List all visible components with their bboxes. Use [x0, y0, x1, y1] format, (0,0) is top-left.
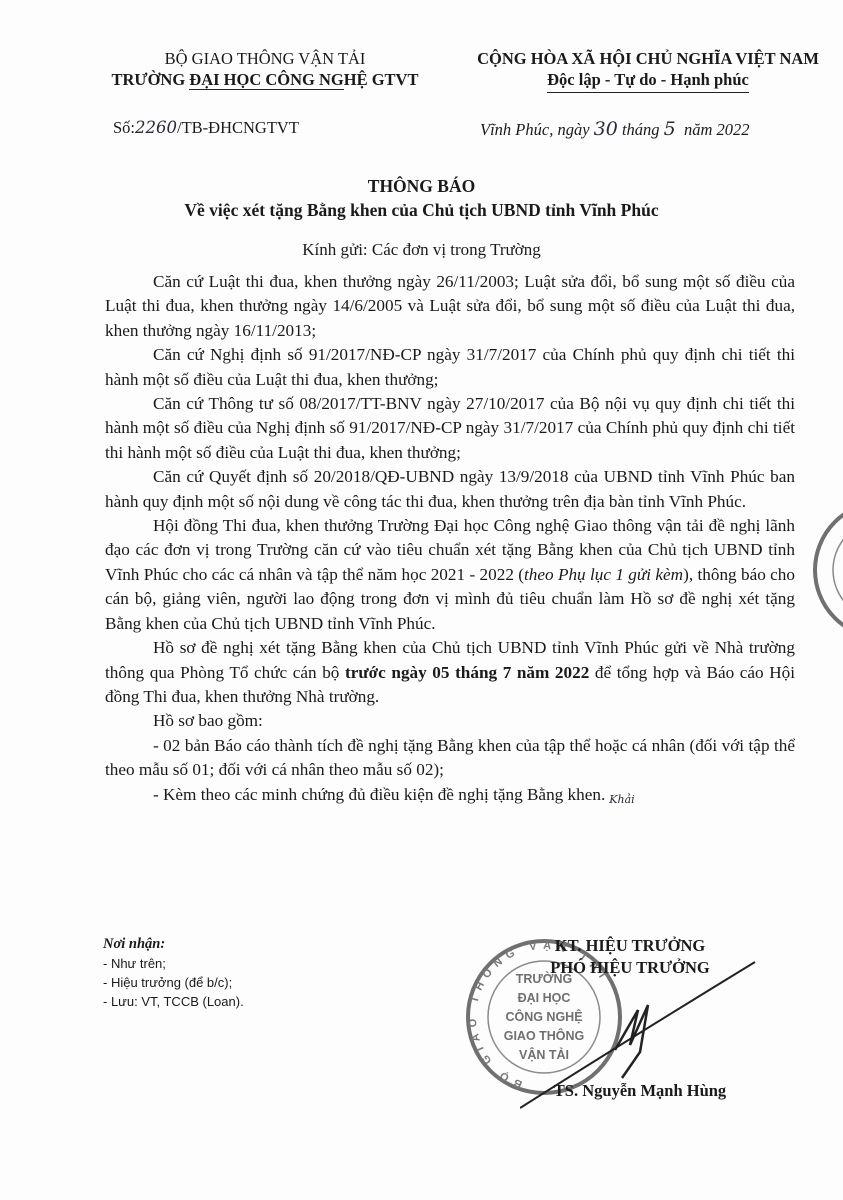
school-name: TRƯỜNG ĐẠI HỌC CÔNG NGHỆ GTVT	[95, 69, 435, 90]
header-left: BỘ GIAO THÔNG VẬN TẢI TRƯỜNG ĐẠI HỌC CÔN…	[95, 48, 435, 90]
page-seal-icon: CÔ GIA V	[808, 498, 843, 648]
handwritten-number: 2260	[135, 118, 177, 137]
recipients-block: Nơi nhận: - Như trên; - Hiệu trưởng (để …	[103, 935, 244, 1011]
paragraph-dossier-item-2: - Kèm theo các minh chứng đủ điều kiện đ…	[105, 783, 795, 812]
signature-title-1: KT. HIỆU TRƯỞNG	[490, 935, 770, 957]
place-date: Vĩnh Phúc, ngày 30 tháng 5 năm 2022	[480, 118, 750, 140]
paragraph-legal-basis-4: Căn cứ Quyết định số 20/2018/QĐ-UBND ngà…	[105, 465, 795, 514]
signer-name: TS. Nguyễn Mạnh Hùng	[490, 1081, 790, 1101]
paragraph-deadline: Hồ sơ đề nghị xét tặng Bằng khen của Chủ…	[105, 636, 795, 709]
ministry-name: BỘ GIAO THÔNG VẬN TẢI	[95, 48, 435, 69]
addressee: Kính gửi: Các đơn vị trong Trường	[0, 240, 843, 260]
paragraph-dossier-item-1: - 02 bản Báo cáo thành tích đề nghị tặng…	[105, 734, 795, 783]
recipient-item: - Lưu: VT, TCCB (Loan).	[103, 992, 244, 1011]
paragraph-legal-basis-2: Căn cứ Nghị định số 91/2017/NĐ-CP ngày 3…	[105, 343, 795, 392]
paragraph-dossier-heading: Hồ sơ bao gồm:	[105, 709, 795, 733]
recipient-item: - Hiệu trưởng (để b/c);	[103, 973, 244, 992]
document-number: Số:2260/TB-ĐHCNGTVT	[113, 118, 299, 138]
paragraph-legal-basis-3: Căn cứ Thông tư số 08/2017/TT-BNV ngày 2…	[105, 392, 795, 465]
document-body: Căn cứ Luật thi đua, khen thưởng ngày 26…	[105, 270, 795, 812]
header-right: CỘNG HÒA XÃ HỘI CHỦ NGHĨA VIỆT NAM Độc l…	[468, 48, 828, 93]
national-motto: Độc lập - Tự do - Hạnh phúc	[547, 69, 749, 93]
deadline-text: trước ngày 05 tháng 7 năm 2022	[345, 663, 589, 682]
document-title: THÔNG BÁO	[0, 176, 843, 197]
recipients-heading: Nơi nhận:	[103, 935, 244, 954]
document-subtitle: Về việc xét tặng Bằng khen của Chủ tịch …	[0, 200, 843, 221]
handwritten-initials: Khải	[609, 793, 634, 806]
paragraph-legal-basis-1: Căn cứ Luật thi đua, khen thưởng ngày 26…	[105, 270, 795, 343]
country-name: CỘNG HÒA XÃ HỘI CHỦ NGHĨA VIỆT NAM	[468, 48, 828, 69]
recipient-item: - Như trên;	[103, 954, 244, 973]
paragraph-request: Hội đồng Thi đua, khen thưởng Trường Đại…	[105, 514, 795, 636]
